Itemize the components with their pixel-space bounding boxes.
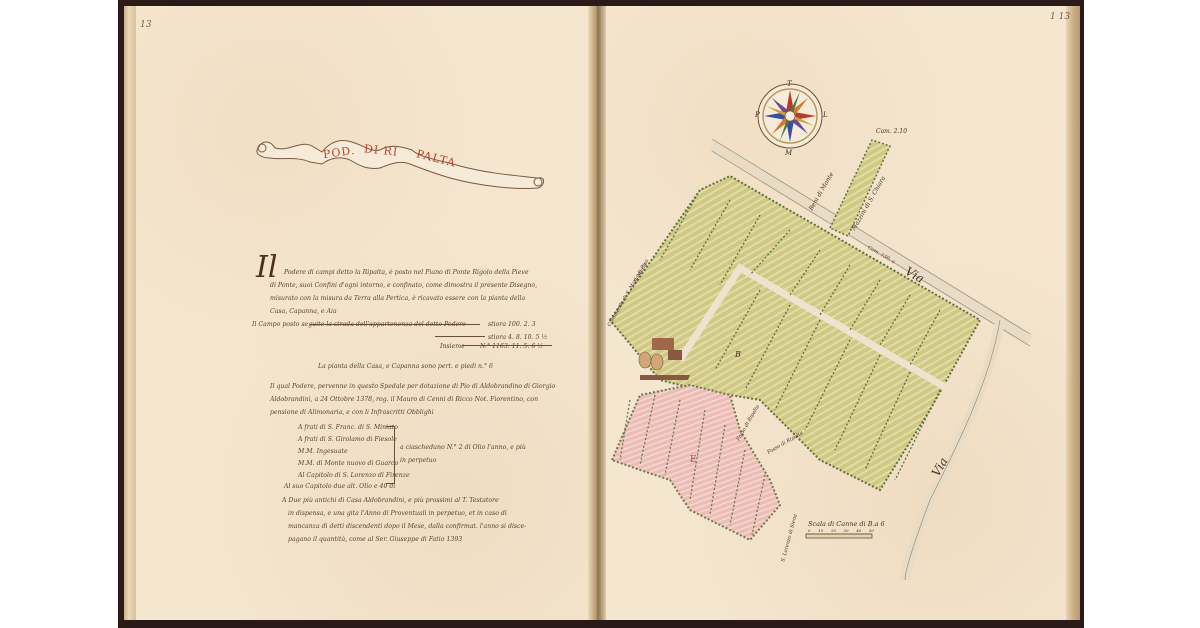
- scale-tick: 0: [808, 528, 811, 533]
- compass-rose: [758, 84, 822, 148]
- scale-bar: [806, 534, 872, 538]
- compass-east: L: [823, 111, 828, 119]
- label-field-e: E: [690, 455, 697, 465]
- scale-tick: 20: [831, 528, 836, 533]
- compass-west: P: [755, 111, 760, 119]
- compass-north: T: [787, 80, 792, 88]
- scale-title: Scala di Canne di B.a 6: [808, 520, 885, 528]
- estate-map: [0, 0, 1200, 628]
- scale-tick: 30: [844, 528, 849, 533]
- label-field-b: B: [735, 350, 741, 359]
- compass-south: M: [785, 149, 792, 157]
- scale-ticks: 0 10 20 30 40 50: [808, 528, 874, 533]
- scale-tick: 40: [856, 528, 861, 533]
- label-top-field: Cam. 2.10: [876, 128, 907, 135]
- scale-tick: 50: [869, 528, 874, 533]
- scale-tick: 10: [818, 528, 823, 533]
